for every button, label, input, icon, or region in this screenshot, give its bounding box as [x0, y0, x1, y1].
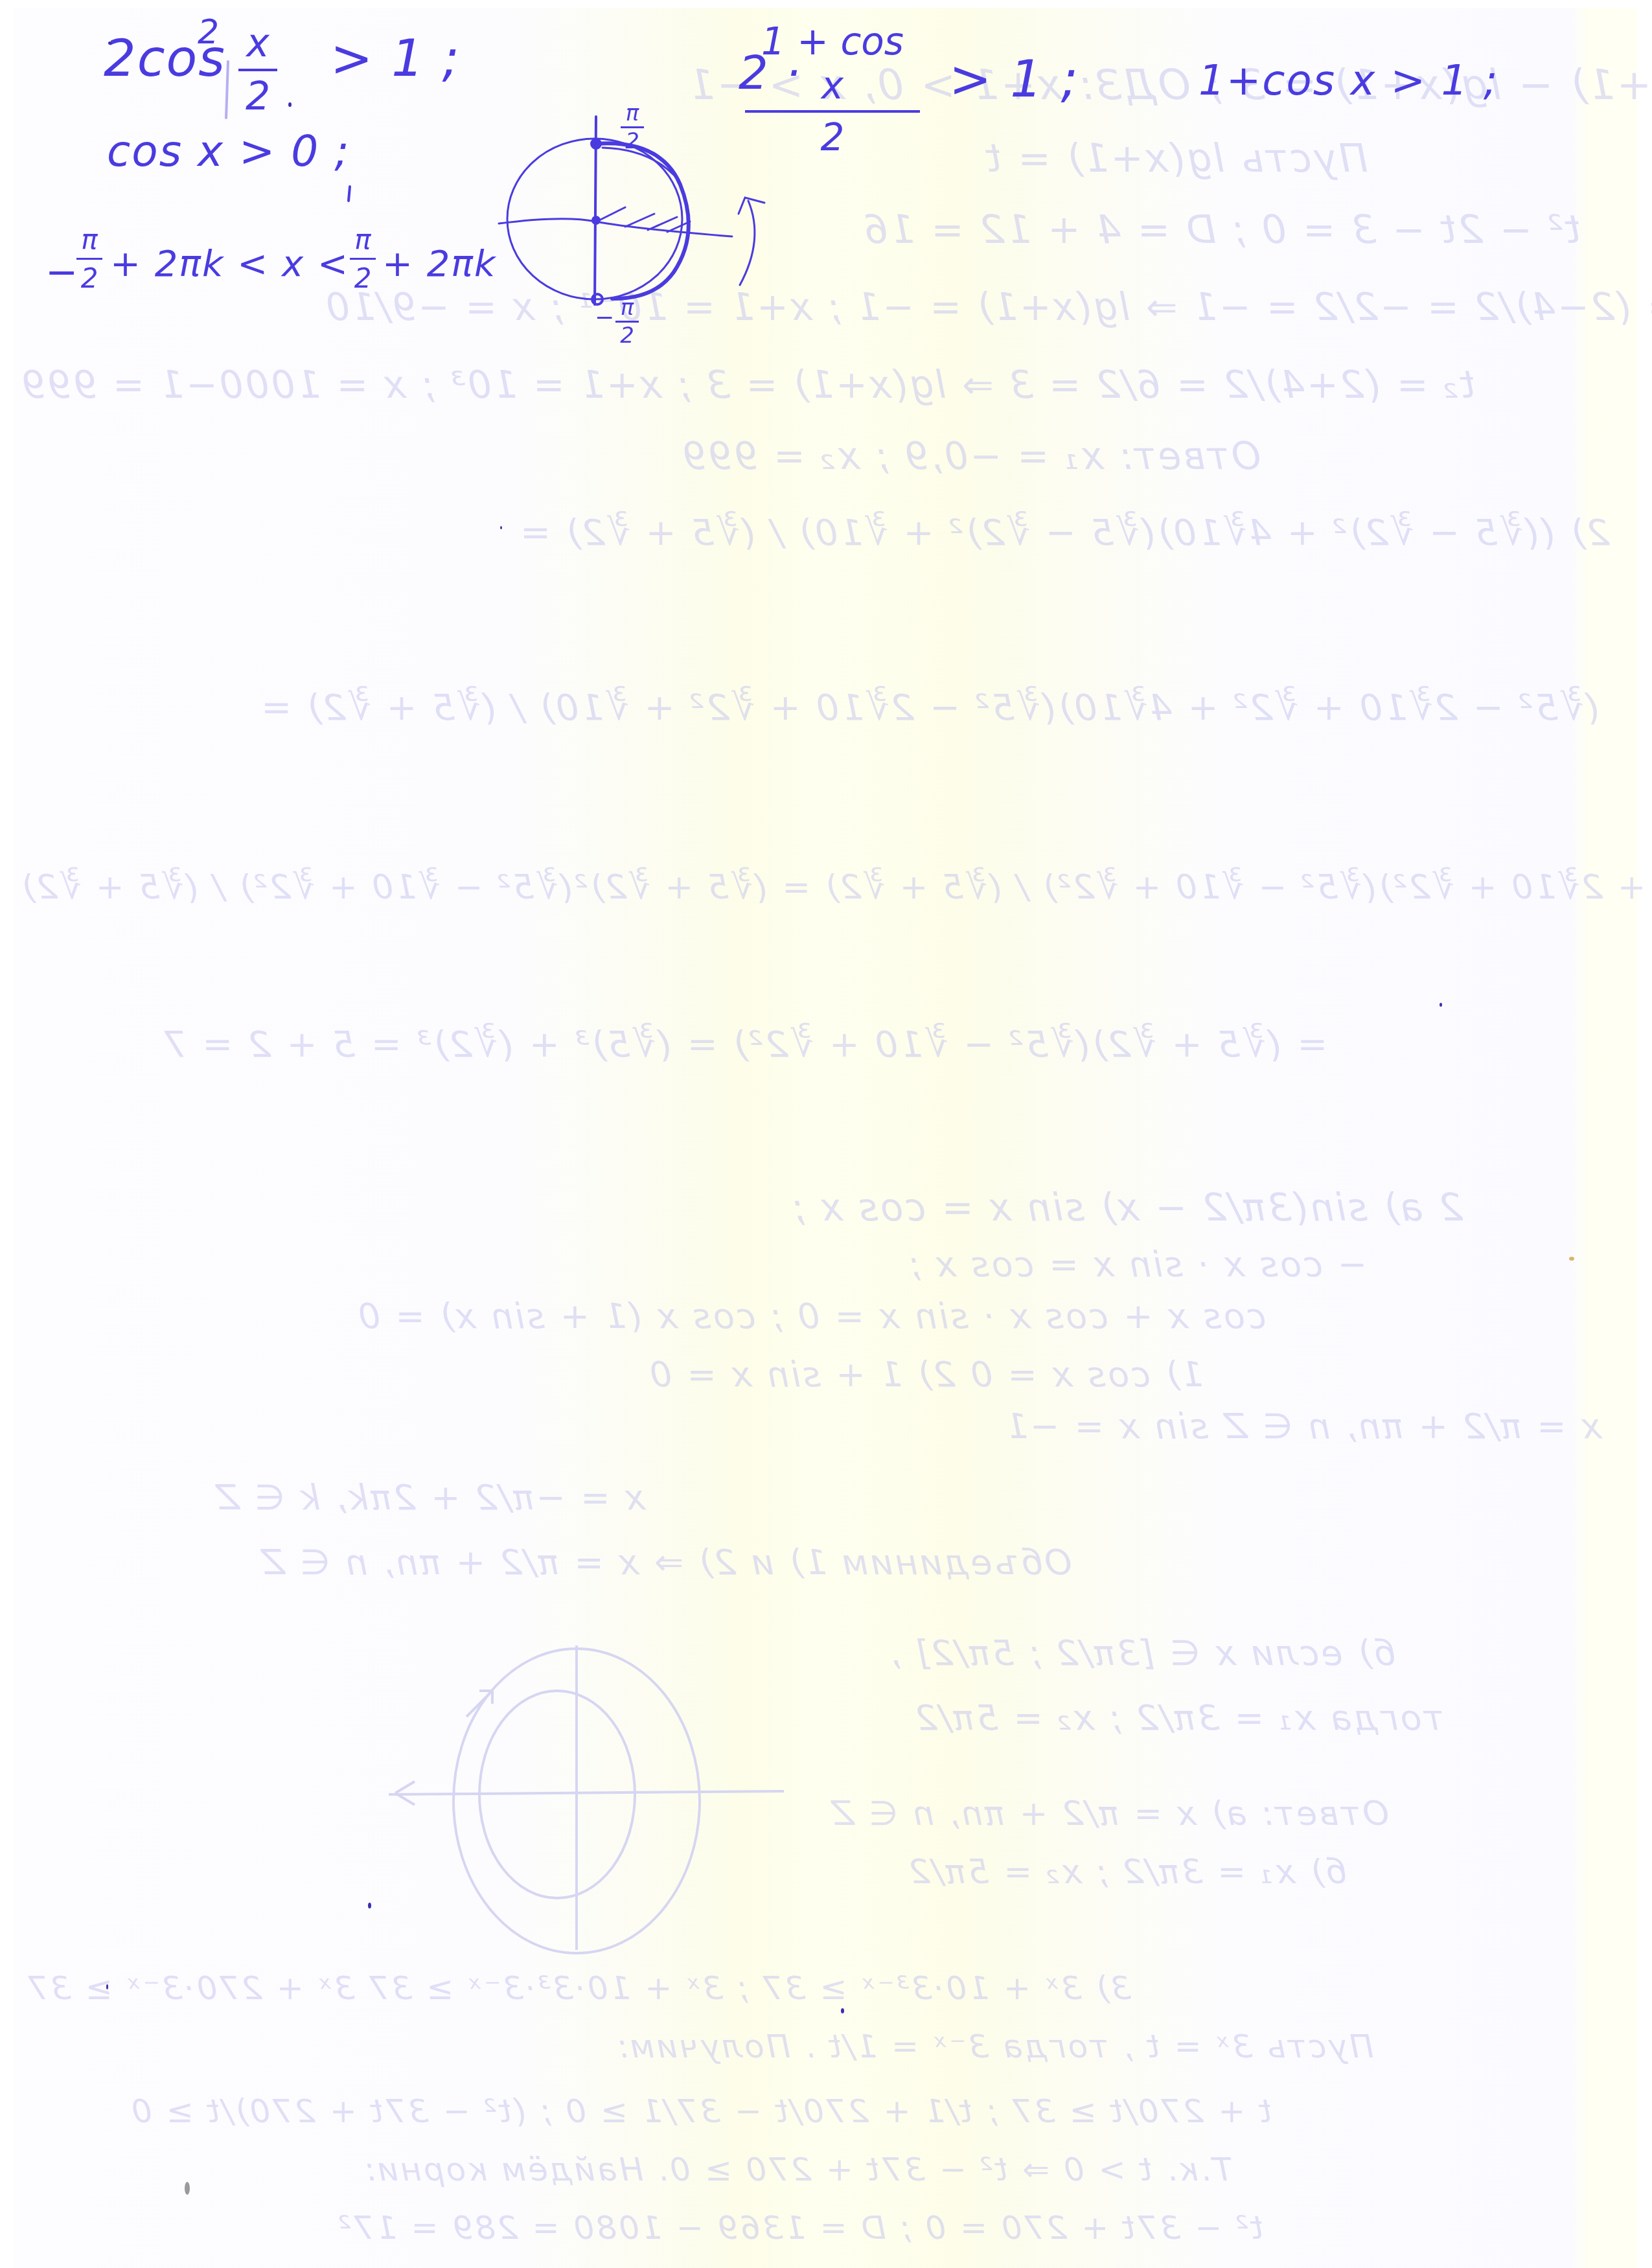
label-minus-sign: − — [595, 304, 615, 331]
ghost-line: t² − 37t + 270 = 0 ; D = 1369 − 1080 = 2… — [337, 2209, 1264, 2247]
ink-speck — [368, 1903, 371, 1908]
label-pi-over-2: π 2 — [621, 100, 644, 154]
ghost-line: Т.к. t > 0 ⇒ t² − 37t + 270 ≥ 0. Найдём … — [363, 2151, 1232, 2188]
ghost-line: 1) cos x = 0 2) 1 + sin x = 0 — [648, 1354, 1204, 1395]
ink-speck — [841, 2008, 844, 2013]
unit-circle-diagram — [499, 97, 797, 356]
label-den: 2 — [615, 323, 639, 349]
label-minus-pi-over-2: π 2 — [615, 295, 639, 349]
ink-speck — [108, 41, 111, 45]
ghost-line: Объединим 1) и 2) ⇒ x = π/2 + πn, n ∈ Z — [259, 1542, 1072, 1583]
ghost-line: Ответ: а) x = π/2 + πn, n ∈ Z — [829, 1794, 1389, 1833]
ghost-line: б) x₁ = 3π/2 ; x₂ = 5π/2 — [907, 1853, 1346, 1892]
label-den: 2 — [621, 128, 644, 154]
ghost-line: cos x + cos x · sin x = 0 ; cos x (1 + s… — [356, 1296, 1267, 1336]
ink-speck — [500, 526, 502, 529]
ink-separators — [0, 0, 1652, 389]
dust-speck — [1569, 1257, 1574, 1261]
ghost-unit-circle — [363, 1626, 816, 1963]
ghost-line: t + 270/t ≥ 37 ; t/1 + 270/t − 37/1 ≥ 0 … — [130, 2092, 1272, 2130]
ghost-line: Ответ: x₁ = −0,9 ; x₂ = 999 — [680, 434, 1261, 478]
ghost-line: = (∛5 + ∛2)(∛5² − ∛10 + ∛2²) = (∛5)³ + (… — [162, 1024, 1327, 1066]
ghost-line: б) если x ∈ [3π/2 ; 5π/2] , — [888, 1632, 1395, 1673]
label-num: π — [621, 100, 644, 126]
ghost-line: x = π/2 + πn, n ∈ Z sin x = −1 — [1004, 1406, 1602, 1447]
dust-speck — [185, 2182, 190, 2195]
ghost-line: тогда x₁ = 3π/2 ; x₂ = 5π/2 — [913, 1697, 1444, 1738]
ghost-line: 2 а) sin(3π/2 − x) sin x = cos x ; — [790, 1186, 1463, 1230]
ghost-line: = (∛5² + 2∛10 + ∛2²)(∛5² − ∛10 + ∛2²) / … — [19, 868, 1652, 907]
ghost-line: 2) ((∛5 − ∛2)² + 4∛10)(∛5 − ∛2)² + ∛10) … — [518, 512, 1610, 554]
ghost-line: 3) 3ˣ + 10·3³⁻ˣ ≥ 37 ; 3ˣ + 10·3³·3⁻ˣ ≥ … — [26, 1969, 1131, 2007]
ghost-line: Пусть 3ˣ = t , тогда 3⁻ˣ = 1/t . Получим… — [615, 2028, 1374, 2065]
ghost-line: (∛5² − 2∛10 + ∛2² + 4∛10)(∛5² − 2∛10 + ∛… — [259, 687, 1600, 729]
ink-speck — [1440, 1003, 1442, 1007]
ink-speck — [106, 1984, 108, 1989]
label-num: π — [615, 295, 639, 321]
ink-speck — [288, 102, 292, 107]
ghost-line: − cos x · sin x = cos x ; — [907, 1244, 1367, 1285]
ghost-line: x = −π/2 + 2πk, k ∈ Z — [214, 1477, 646, 1518]
